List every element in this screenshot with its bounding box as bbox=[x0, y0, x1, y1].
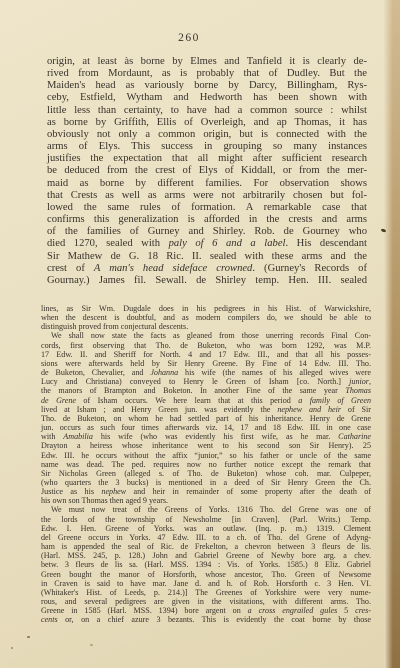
text-line: rous, and several pedigrees are given in… bbox=[41, 597, 371, 606]
text-line: (Harl. MSS. 245, p. 128.) John and Gabri… bbox=[41, 551, 371, 560]
text-line: of the families of Gurney and Shirley. R… bbox=[47, 226, 367, 238]
text-line: arms of Elys. This success in grouping s… bbox=[47, 141, 367, 153]
text-line: betw. 3 fleurs de lis sa. (Harl. MSS. 13… bbox=[41, 560, 371, 569]
text-line: name was dead. The ped. requires now no … bbox=[41, 460, 371, 469]
text-line: lived at Isham ; and Henry Green jun. wa… bbox=[41, 405, 371, 414]
text-line: little less than certainty, to have had … bbox=[47, 105, 367, 117]
footnote-paragraph: We must now treat of the Greens of Yorks… bbox=[41, 505, 371, 624]
text-line: confirms this generalization is afforded… bbox=[47, 214, 367, 226]
body-paragraph: origin, at least às borne by Elmes and T… bbox=[47, 56, 367, 287]
text-line: origin, at least às borne by Elmes and T… bbox=[47, 56, 367, 68]
text-line: Maiden's head as variously borne by Darc… bbox=[47, 80, 367, 92]
text-line: We must now treat of the Greens of Yorks… bbox=[41, 505, 371, 514]
text-line: Green bought the manor of Horsforth, who… bbox=[41, 570, 371, 579]
text-line: the lords of the township of Newsholme [… bbox=[41, 515, 371, 524]
paper-speck bbox=[11, 647, 13, 649]
text-line: that Crests as well as arms were not arb… bbox=[47, 190, 367, 202]
text-line: jun. occurs as such four times afterward… bbox=[41, 423, 371, 432]
text-line: lines, as Sir Wm. Dugdale does in his pe… bbox=[41, 304, 371, 313]
text-line: be deduced from the crest of Elys of Kid… bbox=[47, 165, 367, 177]
text-line: when the descent is doubtful, and as mod… bbox=[41, 313, 371, 322]
text-line: cents or, on a chief azure 3 bezants. Th… bbox=[41, 615, 371, 624]
text-line: Tho. de Buketon, on whom he had settled … bbox=[41, 414, 371, 423]
text-line: (Whitaker's Hist. of Leeds, p. 214.)] Th… bbox=[41, 588, 371, 597]
text-line: We shall now state the facts as gleaned … bbox=[41, 331, 371, 340]
text-line: Edw. III. he occurs without the affix “j… bbox=[41, 451, 371, 460]
text-line: cords, first observing that Tho. de Buke… bbox=[41, 341, 371, 350]
text-line: Justice as his nephew and heir in remain… bbox=[41, 487, 371, 496]
text-line: de Grene of Isham occurs. We here learn … bbox=[41, 396, 371, 405]
text-line: lowed the same rules of formation. A rem… bbox=[47, 202, 367, 214]
text-line: distinguish proved from conjectural desc… bbox=[41, 322, 371, 331]
text-line: rived from Mordaunt, as is probably that… bbox=[47, 68, 367, 80]
text-line: maid as borne by different families. For… bbox=[47, 178, 367, 190]
text-line: the manors of Brampton and Boketon. In a… bbox=[41, 386, 371, 395]
text-line: Gournay.) James fil. Sewall. de Shirley … bbox=[47, 275, 367, 287]
text-line: Sir Nicholas Green (alleged s. of Tho. d… bbox=[41, 469, 371, 478]
text-line: Drayton a heiress whose inheritance went… bbox=[41, 441, 371, 450]
paper-speck bbox=[27, 636, 30, 638]
text-line: sions were afterwards held by Sir Henry … bbox=[41, 359, 371, 368]
text-line: as borne by Griffith, Ellis of Overleigh… bbox=[47, 117, 367, 129]
footnote-paragraph: lines, as Sir Wm. Dugdale does in his pe… bbox=[41, 304, 371, 331]
text-line: ham is appended the seal of Ric. de Frek… bbox=[41, 542, 371, 551]
text-line: Lucy and Christiana) conveyed to Henry l… bbox=[41, 377, 371, 386]
text-line: crest of A man's head sideface crowned. … bbox=[47, 263, 367, 275]
text-line: ceby, Estfield, Wytham and Hedworth has … bbox=[47, 92, 367, 104]
text-line: Sir Mathew de G. 18 Ric. II. sealed with… bbox=[47, 251, 367, 263]
text-line: in Craven is said to have mar. Jane d. a… bbox=[41, 579, 371, 588]
text-line: 17 Edw. II. and Sheriff for North. 4 and… bbox=[41, 350, 371, 359]
text-line: del Greene occurs in Yorks. 47 Edw. III.… bbox=[41, 533, 371, 542]
text-line: obviously not only a common origin, but … bbox=[47, 129, 367, 141]
footnote-paragraph: We shall now state the facts as gleaned … bbox=[41, 331, 371, 505]
text-line: died 1270, sealed with paly of 6 and a l… bbox=[47, 238, 367, 250]
text-line: with Amabilia his wife (who was evidentl… bbox=[41, 432, 371, 441]
text-line: Greene in 1585 (Harl. MSS. 1394) bore ar… bbox=[41, 606, 371, 615]
text-line: Edw. I. Hen. Greene of Yorks. was an out… bbox=[41, 524, 371, 533]
text-line: de Buketon, Chevalier, and Johanna his w… bbox=[41, 368, 371, 377]
footnotes-section: lines, as Sir Wm. Dugdale does in his pe… bbox=[41, 304, 371, 624]
text-line: his own son Thomas then aged 9 years. bbox=[41, 496, 371, 505]
text-line: justifies the expectation that all might… bbox=[47, 153, 367, 165]
book-page: 260 origin, at least às borne by Elmes a… bbox=[0, 0, 400, 668]
text-line: (who quarters the 3 bucks) is mentioned … bbox=[41, 478, 371, 487]
page-number: 260 bbox=[0, 32, 378, 44]
paper-speck bbox=[90, 644, 93, 646]
page-edge-shadow bbox=[384, 0, 400, 668]
